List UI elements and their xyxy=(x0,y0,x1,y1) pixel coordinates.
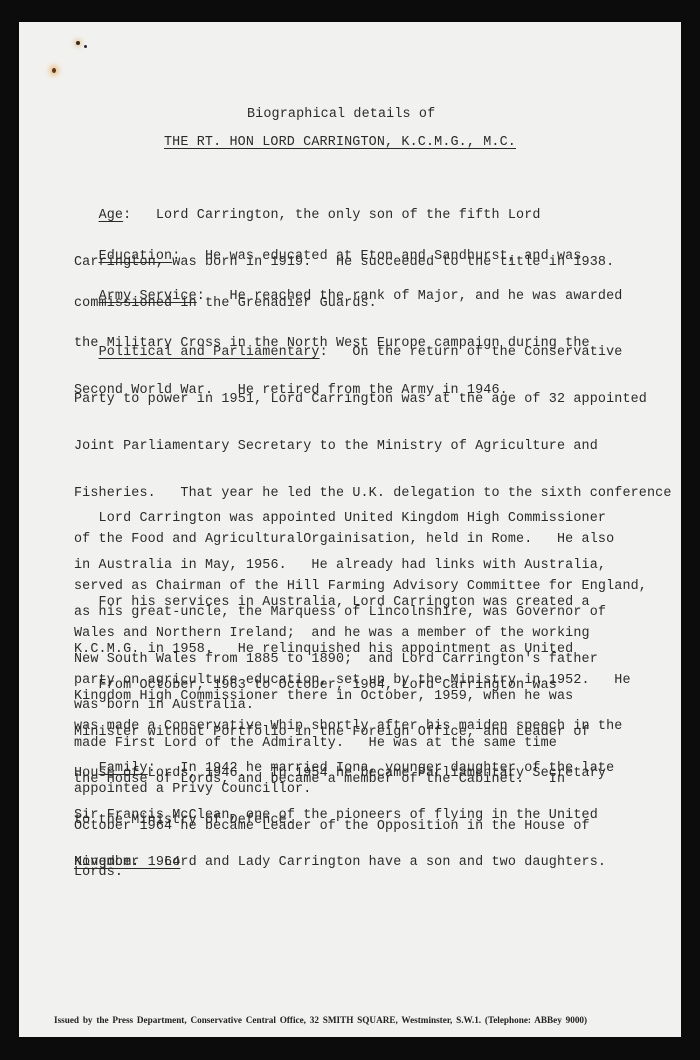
paragraph-family: Family: In 1942 he married Iona, younger… xyxy=(74,730,614,902)
paragraph-line: Lord Carrington was appointed United Kin… xyxy=(74,511,606,527)
stain-mark xyxy=(84,45,87,48)
document-title: THE RT. HON LORD CARRINGTON, K.C.M.G., M… xyxy=(164,135,516,151)
document-heading: Biographical details of xyxy=(247,107,435,123)
paragraph-line: Joint Parliamentary Secretary to the Min… xyxy=(74,439,672,455)
footer-issuer: Issued by the Press Department, Conserva… xyxy=(54,1015,587,1025)
paragraph-line: From October, 1963 to October, 1964, Lor… xyxy=(74,678,590,694)
section-label-political: Political and Parliamentary xyxy=(99,345,320,360)
paragraph-line: Sir Francis McClean, one of the pioneers… xyxy=(74,808,614,824)
paragraph-line: Political and Parliamentary: On the retu… xyxy=(74,345,672,361)
section-label-family: Family xyxy=(99,761,148,776)
stain-mark xyxy=(76,41,80,45)
paragraph-line: For his services in Australia, Lord Carr… xyxy=(74,595,590,611)
paragraph-line: Army Service: He reached the rank of Maj… xyxy=(74,289,622,305)
stain-mark xyxy=(52,68,56,73)
paragraph-line: Party to power in 1951, Lord Carrington … xyxy=(74,392,672,408)
section-label-army-service: Army Service xyxy=(99,289,197,304)
paragraph-line: Family: In 1942 he married Iona, younger… xyxy=(74,761,614,777)
document-page: Biographical details of THE RT. HON LORD… xyxy=(19,22,681,1037)
document-date: November 1964 xyxy=(74,855,180,871)
